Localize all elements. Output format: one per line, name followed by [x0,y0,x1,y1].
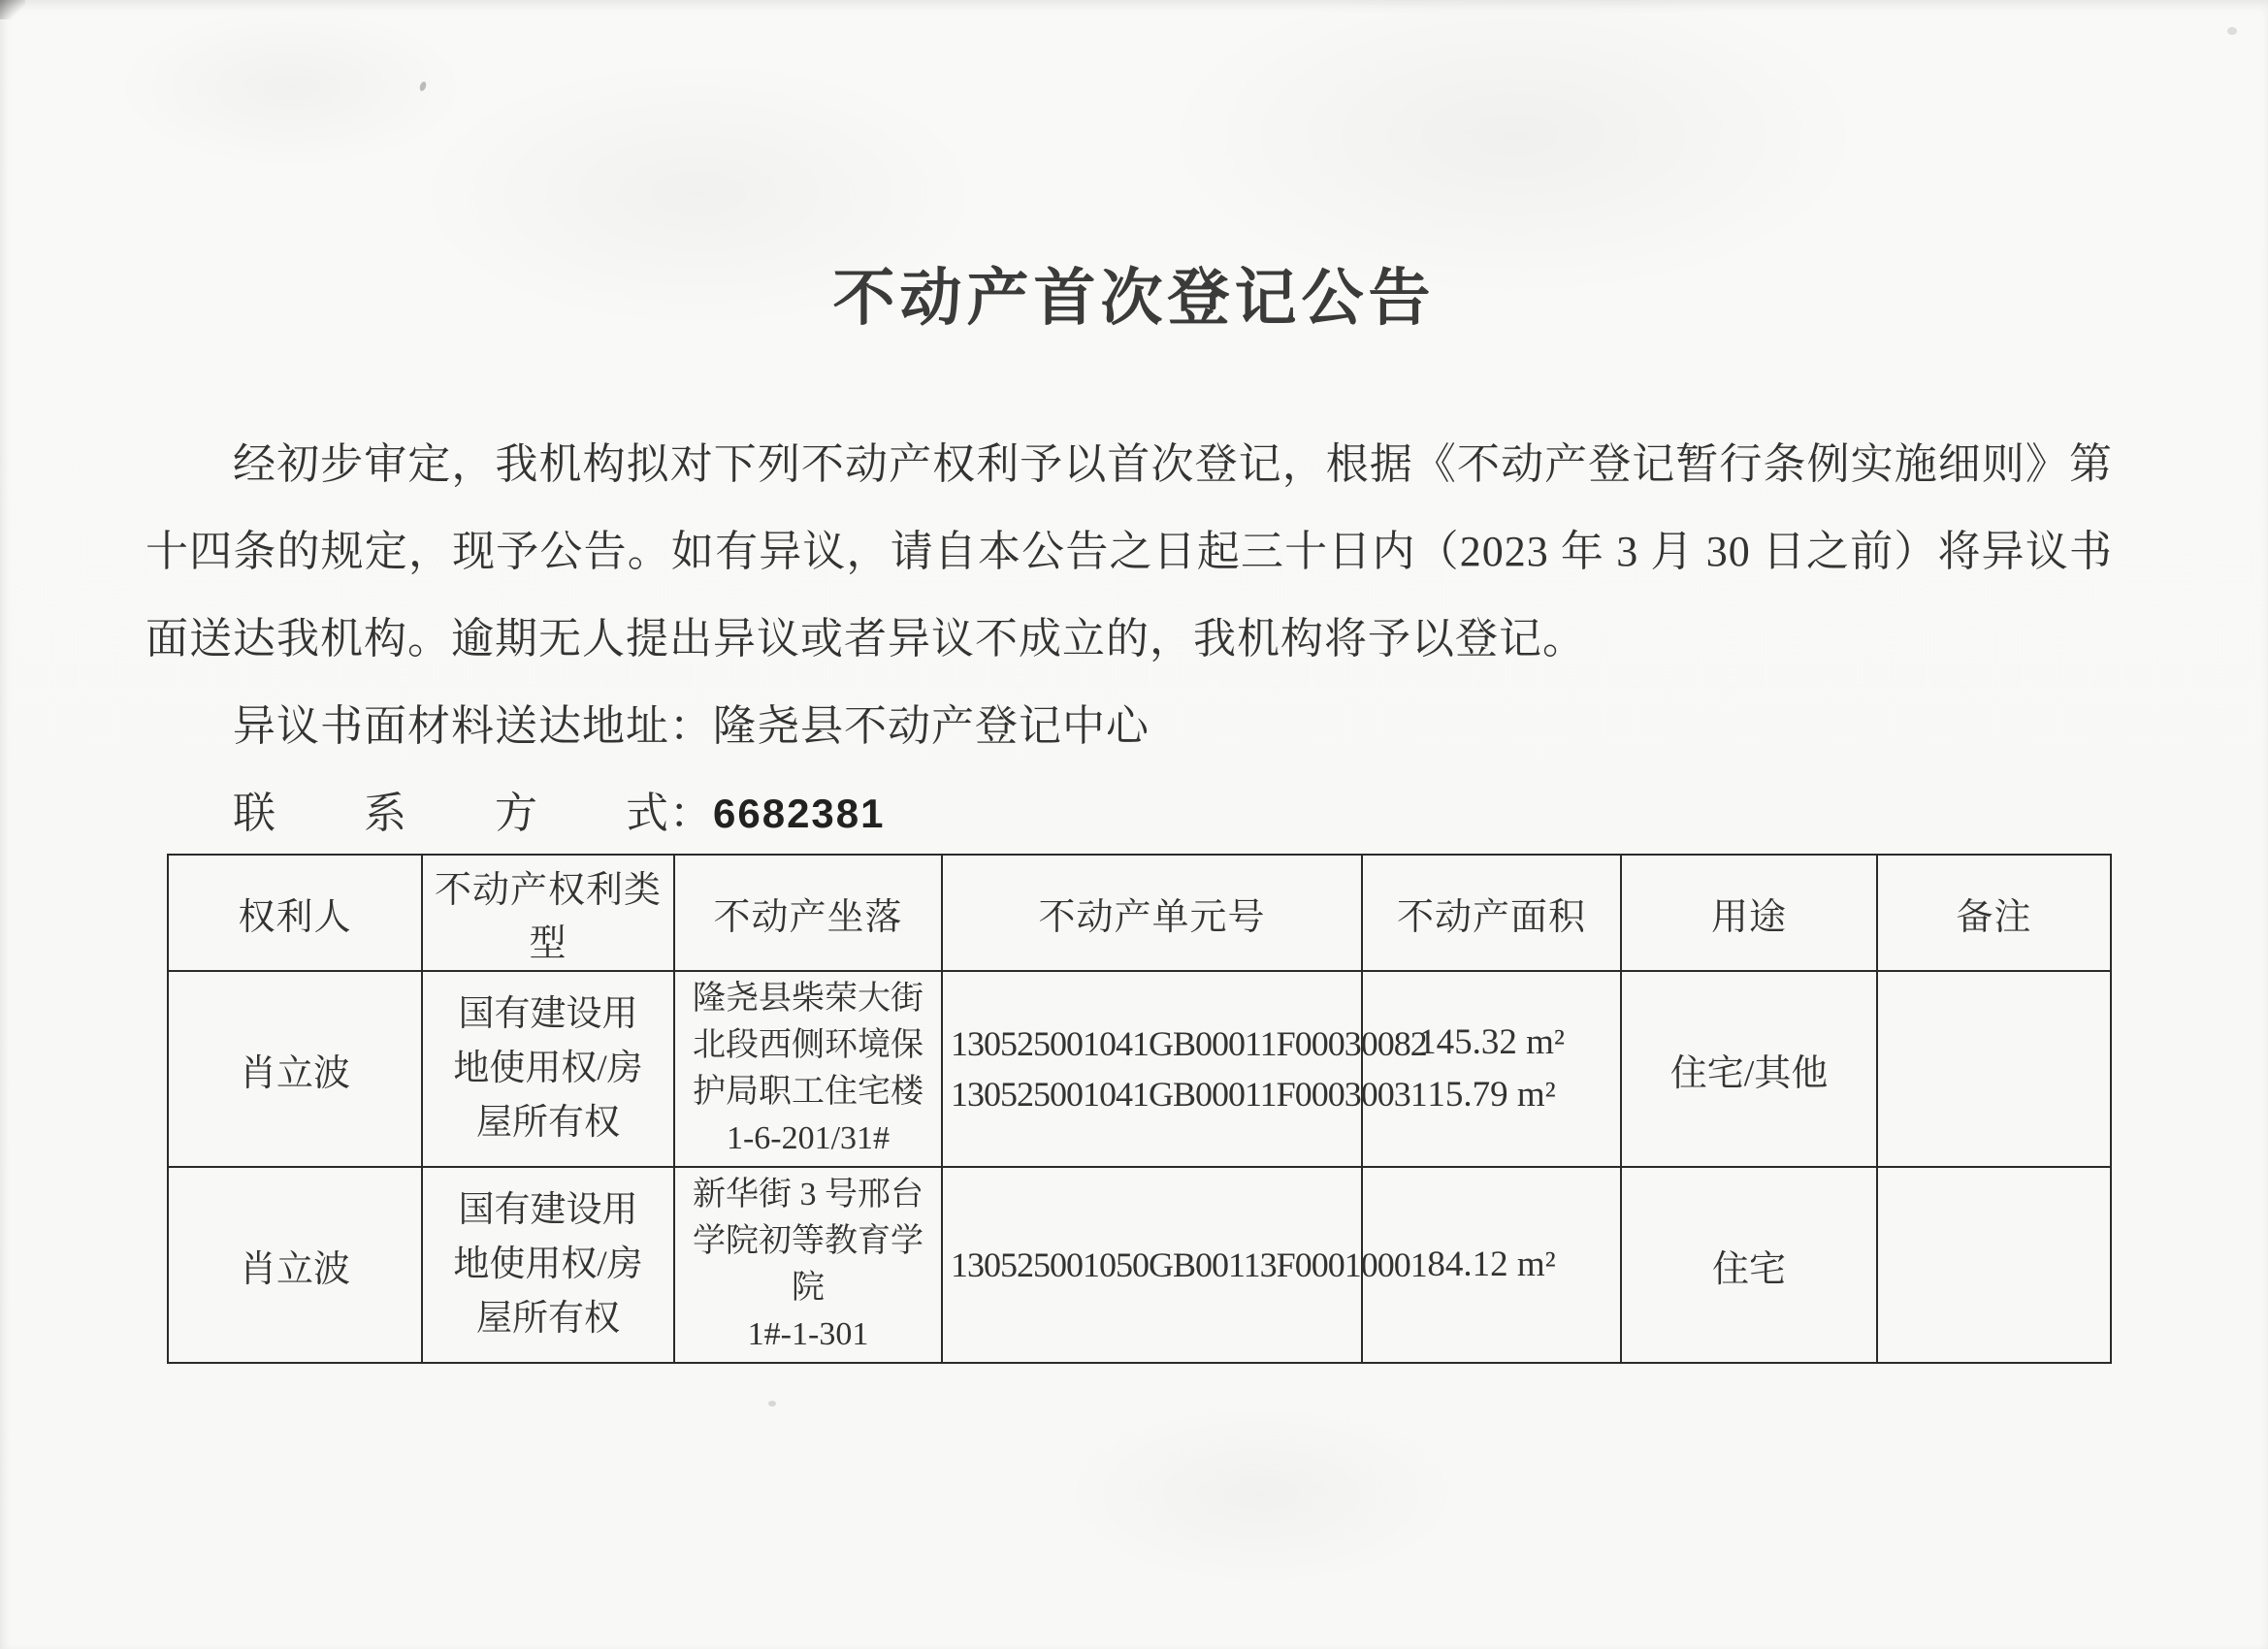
cell-location: 新华街 3 号邢台学院初等教育学院 1#-1-301 [674,1167,942,1363]
registration-table: 权利人 不动产权利类型 不动产坐落 不动产单元号 不动产面积 用途 备注 肖立波… [167,854,2112,1364]
document-title: 不动产首次登记公告 [0,248,2268,338]
cell-remarks [1877,971,2111,1167]
scan-corner-artifact [0,0,25,19]
cell-rights-holder: 肖立波 [168,971,422,1167]
objection-address-value: 隆尧县不动产登记中心 [713,702,1150,750]
header-right-type: 不动产权利类型 [422,855,674,971]
header-usage: 用途 [1621,855,1877,971]
unit-number: 130525001050GB00113F00010001 [951,1240,1357,1290]
cell-remarks [1877,1167,2111,1363]
location-unit: 1#-1-301 [681,1311,935,1358]
scan-speck [418,81,427,91]
location-unit: 1-6-201/31# [681,1115,935,1162]
contact-line: 联 系 方 式：6682381 [146,770,2113,857]
table-header-row: 权利人 不动产权利类型 不动产坐落 不动产单元号 不动产面积 用途 备注 [168,855,2111,971]
cell-areas: 145.32 m² 15.79 m² [1362,971,1621,1167]
header-area: 不动产面积 [1362,855,1621,971]
cell-usage: 住宅/其他 [1621,971,1877,1167]
objection-address-line: 异议书面材料送达地址：隆尧县不动产登记中心 [146,683,2113,770]
header-unit-number: 不动产单元号 [942,855,1362,971]
header-location: 不动产坐落 [674,855,942,971]
header-remarks: 备注 [1877,855,2111,971]
unit-number: 130525001041GB00011F00030031 [951,1069,1357,1119]
cell-usage: 住宅 [1621,1167,1877,1363]
scan-speck [2227,27,2237,35]
cell-rights-holder: 肖立波 [168,1167,422,1363]
contact-phone-number: 6682381 [713,791,886,836]
cell-unit-numbers: 130525001041GB00011F00030082 13052500104… [942,971,1362,1167]
contact-label: 联 系 方 式： [233,790,713,837]
location-address: 隆尧县柴荣大街北段西侧环境保护局职工住宅楼 [681,976,935,1115]
objection-address-label: 异议书面材料送达地址： [233,702,713,750]
scanned-document-page: 不动产首次登记公告 经初步审定，我机构拟对下列不动产权利予以首次登记，根据《不动… [0,0,2268,1649]
cell-right-type: 国有建设用地使用权/房屋所有权 [422,971,674,1167]
table-row: 肖立波 国有建设用地使用权/房屋所有权 新华街 3 号邢台学院初等教育学院 1#… [168,1167,2111,1363]
location-address: 新华街 3 号邢台学院初等教育学院 [681,1172,935,1311]
cell-location: 隆尧县柴荣大街北段西侧环境保护局职工住宅楼 1-6-201/31# [674,971,942,1167]
scan-speck [768,1401,776,1406]
cell-unit-numbers: 130525001050GB00113F00010001 [942,1167,1362,1363]
announcement-paragraph: 经初步审定，我机构拟对下列不动产权利予以首次登记，根据《不动产登记暂行条例实施细… [146,421,2113,683]
cell-right-type: 国有建设用地使用权/房屋所有权 [422,1167,674,1363]
unit-number: 130525001041GB00011F00030082 [951,1018,1357,1069]
table-row: 肖立波 国有建设用地使用权/房屋所有权 隆尧县柴荣大街北段西侧环境保护局职工住宅… [168,971,2111,1167]
header-rights-holder: 权利人 [168,855,422,971]
